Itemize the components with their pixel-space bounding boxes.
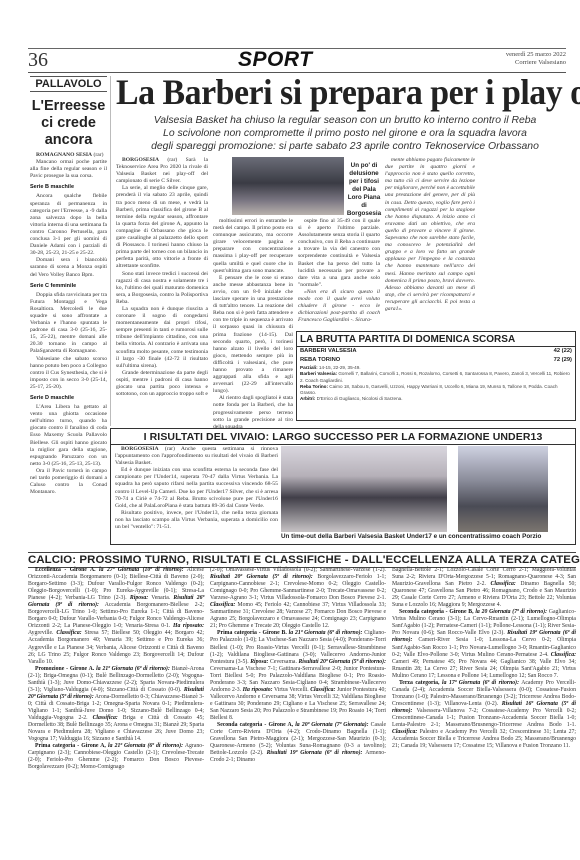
main-col-2: moltissimi errori in entrambe le metà de…	[213, 218, 293, 431]
sidebar-kicker: PALLAVOLO	[30, 76, 107, 92]
youth-title: I RISULTATI DEL VIVAIO: LARGO SUCCESSO P…	[111, 429, 575, 445]
column-divider	[110, 76, 111, 426]
section-title: SPORT	[238, 48, 312, 72]
scorebox-away-roster: Reba Torino: Caimo 18, Sabou 5, Gasvelli…	[297, 384, 575, 397]
main-subhead: Valsesia Basket ha chiuso la regular sea…	[116, 114, 574, 153]
youth-box: I RISULTATI DEL VIVAIO: LARGO SUCCESSO P…	[110, 428, 576, 545]
main-col-4: mente abbiamo pagato fisicamente le due …	[385, 157, 475, 313]
scorebox-home-roster: Barberi Valsesia: Gornelli 7, Ballarini,…	[297, 371, 575, 384]
team-timeout-photo	[281, 446, 447, 532]
main-headline: La Barberi si prepara per i play off	[116, 72, 544, 112]
main-col-1: BORGOSESIA (rar) Sarà la Teknoservice Ar…	[116, 157, 208, 398]
page-number: 36	[28, 49, 48, 72]
fans-photo	[232, 157, 344, 215]
calcio-block: Eccellenza - Girone A. la 27ª Giornata (…	[28, 567, 204, 666]
calcio-block: Seconda categoria - Girone A, la 20ª Gio…	[210, 722, 386, 764]
publication-name: Corriere Valsesiano	[506, 59, 566, 67]
calcio-col-2: (2-0); Omavassese-Virtus Villadossola (0…	[210, 567, 386, 764]
calcio-col-1: Eccellenza - Girone A. la 27ª Giornata (…	[28, 567, 204, 771]
calcio-block: Terza categoria, la 17ª Giornata (6ª di …	[392, 680, 576, 750]
sidebar-title: L'Erreesse ci crede ancora	[30, 98, 107, 149]
coach-photo	[458, 446, 548, 532]
scorebox-title: LA BRUTTA PARTITA DI DOMENICA SCORSA	[297, 332, 575, 347]
sidebar-subheading: Serie C femminile	[30, 283, 107, 290]
scorebox: LA BRUTTA PARTITA DI DOMENICA SCORSA BAR…	[296, 331, 576, 421]
calcio-title: CALCIO: PROSSIMO TURNO, RISULTATI E CLAS…	[28, 552, 576, 568]
issue-date: venerdì 25 marzo 2022	[506, 51, 566, 59]
youth-photo-caption: Un time-out della Barberi Valsesia Baske…	[281, 533, 573, 541]
sidebar-subheading: Serie D maschile	[30, 395, 107, 402]
youth-body: BORGOSESIA (rar) Anche questa settimana …	[115, 446, 278, 531]
sidebar-body: ROMAGNANO SESIA (rar) Mancano ormai poch…	[30, 152, 107, 496]
score-row: REBA TORINO 72 (29)	[297, 356, 575, 365]
calcio-block: (2-0); Omavassese-Virtus Villadossola (0…	[210, 567, 386, 630]
scorebox-referees: Arbitri: D'Errico di Gugliasco, Nicolosi…	[297, 396, 575, 402]
header-dateline: venerdì 25 marzo 2022 Corriere Valsesian…	[506, 51, 566, 67]
calcio-block: Prima categoria - Girone B. la 21ª Giorn…	[210, 630, 386, 722]
calcio-block: Bagnella-Bettole 2-1; Lozzolo-Casale Cor…	[392, 567, 576, 609]
fans-photo-caption: Un po' di delusione per i tifosi del Pal…	[346, 162, 382, 218]
calcio-block: Prima categoria - Girone A, la 21ª Giorn…	[28, 743, 204, 771]
main-col-3: ospite fino al 35-49 con il quale si è a…	[298, 218, 380, 324]
calcio-block: Seconda categoria - Girone B, la 20 Gior…	[392, 609, 576, 679]
calcio-block: Promozione - Girone A. la 21ª Giornata (…	[28, 666, 204, 744]
sidebar-subheading: Serie B maschile	[30, 184, 107, 191]
calcio-col-3: Bagnella-Bettole 2-1; Lozzolo-Casale Cor…	[392, 567, 576, 750]
score-row: BARBERI VALSESIA 42 (22)	[297, 347, 575, 356]
